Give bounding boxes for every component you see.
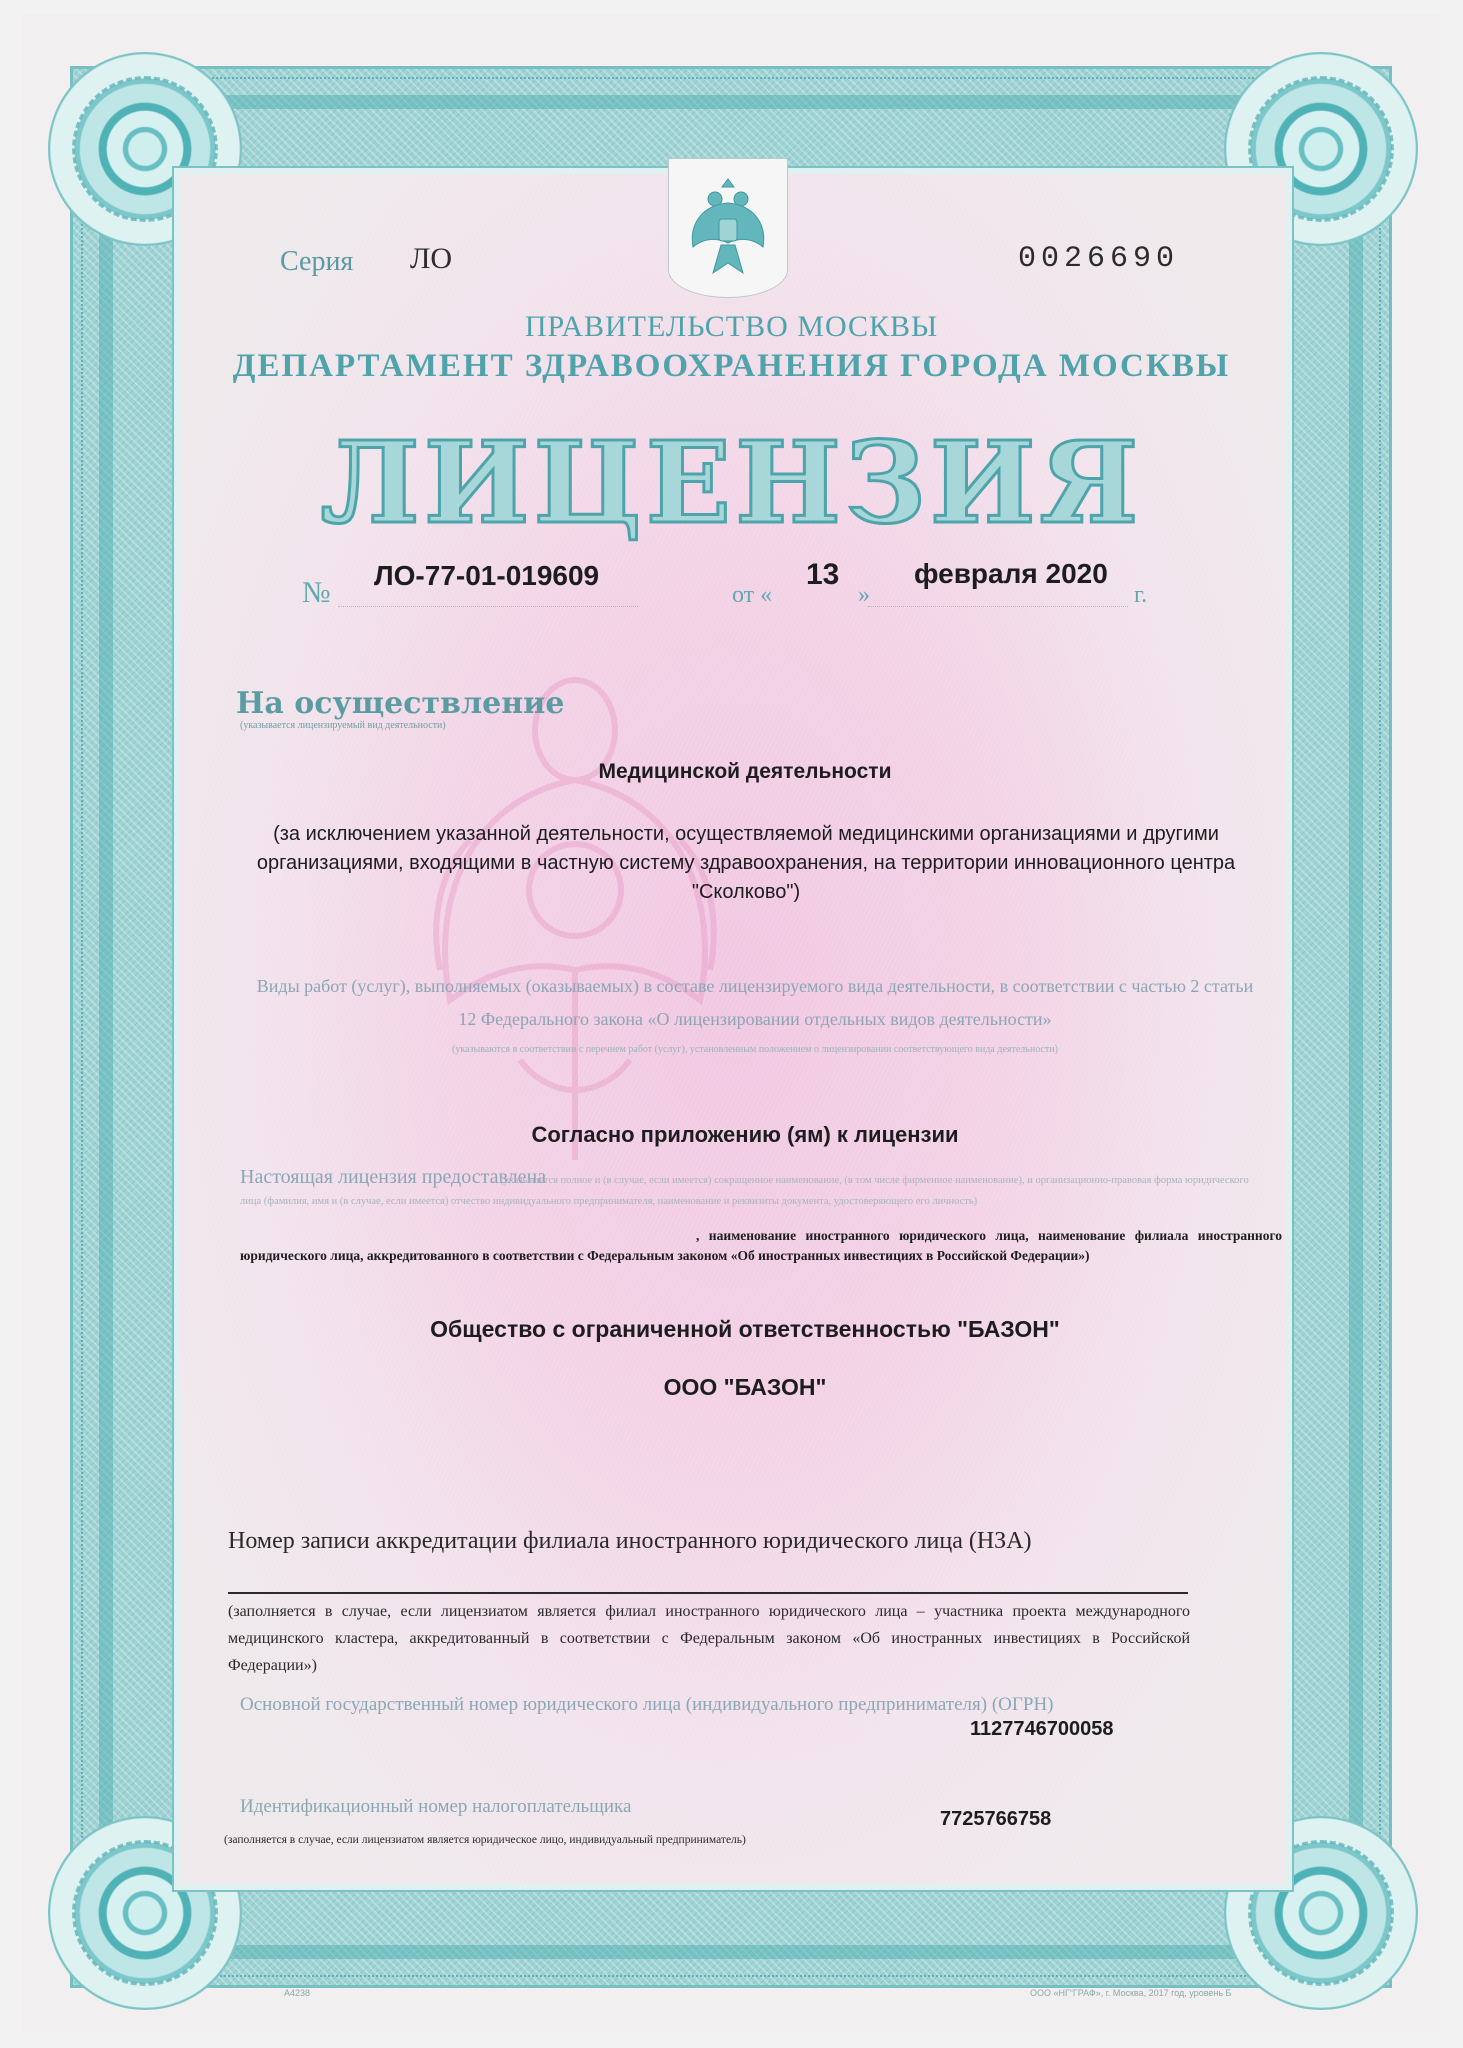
date-suffix: г.: [1134, 582, 1147, 609]
licensee-full-name: Общество с ограниченной ответственностью…: [220, 1316, 1270, 1343]
series-value: ЛО: [410, 242, 452, 276]
activity-hint: (указывается лицензируемый вид деятельно…: [240, 720, 446, 731]
works-hint: (указываются в соответствии с перечнем р…: [250, 1044, 1260, 1055]
coat-of-arms-emblem: [668, 158, 788, 298]
series-label: Серия: [280, 246, 353, 278]
activity-value: Медицинской деятельности: [220, 760, 1270, 784]
license-date-day: 13: [806, 558, 839, 592]
licensee-hint: (указывается полное и (в случае, если им…: [240, 1170, 1270, 1212]
russian-coat-of-arms-icon: [683, 173, 773, 283]
date-prefix: от «: [732, 582, 772, 609]
printer-imprint: ООО «НГ“ГРАФ», г. Москва, 2017 год, уров…: [1030, 1988, 1231, 1998]
serial-number: 0026690: [1018, 242, 1179, 276]
inn-label: Идентификационный номер налогоплательщик…: [240, 1796, 631, 1818]
licensee-extra-hint: , наименование иностранного юридического…: [240, 1226, 1282, 1266]
inn-note: (заполняется в случае, если лицензиатом …: [224, 1834, 746, 1846]
licensee-short-name: ООО "БАЗОН": [220, 1374, 1270, 1401]
nza-label: Номер записи аккредитации филиала иностр…: [228, 1528, 1032, 1555]
works-label: Виды работ (услуг), выполняемых (оказыва…: [250, 970, 1260, 1036]
ogrn-value: 1127746700058: [970, 1718, 1114, 1741]
inn-value: 7725766758: [940, 1808, 1051, 1831]
issuer-department: ДЕПАРТАМЕНТ ЗДРАВООХРАНЕНИЯ ГОРОДА МОСКВ…: [0, 348, 1463, 385]
document-title: ЛИЦЕНЗИЯ: [0, 418, 1463, 549]
activity-label: На осуществление: [236, 686, 565, 721]
works-value: Согласно приложению (ям) к лицензии: [220, 1122, 1270, 1148]
issuer-government: ПРАВИТЕЛЬСТВО МОСКВЫ: [0, 310, 1463, 344]
number-underline: [338, 606, 638, 607]
date-day-close: »: [858, 582, 870, 609]
number-sign: №: [302, 576, 331, 610]
ogrn-label: Основной государственный номер юридическ…: [240, 1694, 1054, 1716]
eagle-watermark-icon: [410, 640, 740, 1200]
license-date-month-year: февраля 2020: [914, 558, 1108, 590]
activity-note: (за исключением указанной деятельности, …: [246, 820, 1246, 907]
nza-note: (заполняется в случае, если лицензиатом …: [228, 1598, 1190, 1679]
nza-value-line: [228, 1592, 1188, 1594]
license-number: ЛО-77-01-019609: [374, 560, 599, 592]
form-code: А4238: [284, 1988, 310, 1998]
date-underline: [868, 606, 1128, 607]
